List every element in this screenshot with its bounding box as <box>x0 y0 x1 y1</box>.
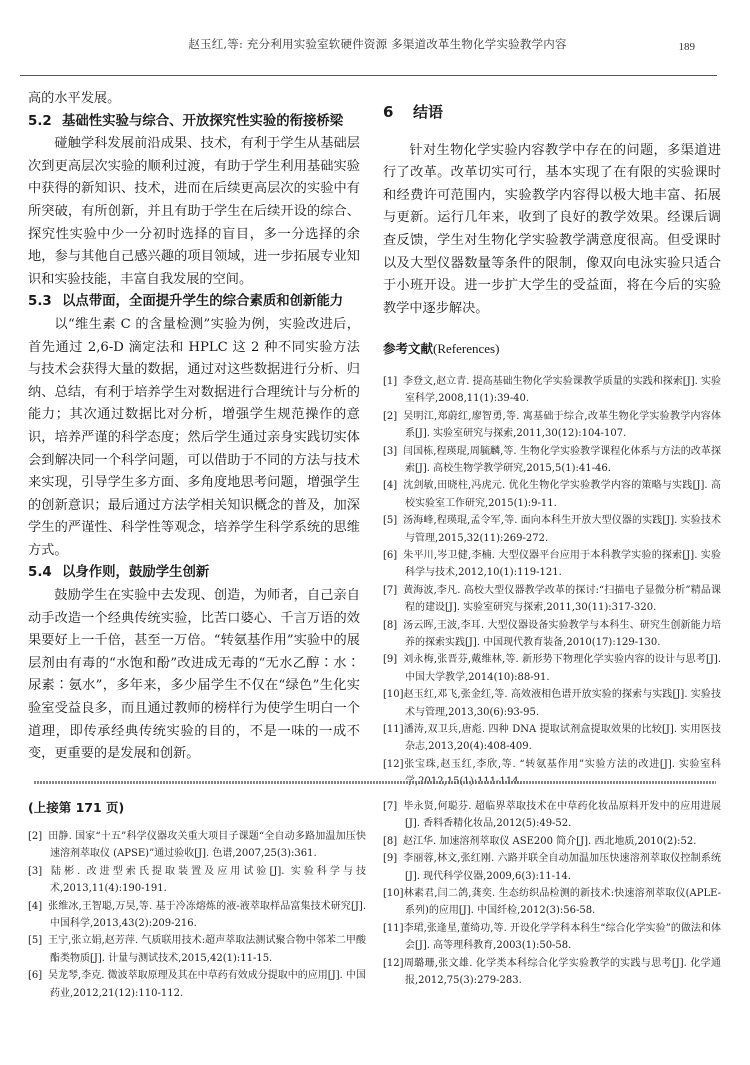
reference-item: [11]潘涛,双卫兵,唐彪. 四种 DNA 提取试剂盒提取效果的比较[J]. 实… <box>383 721 721 756</box>
section-number: 5.2 <box>28 111 62 134</box>
reference-index: [5] <box>383 512 403 529</box>
reference-index: [7] <box>383 582 403 599</box>
reference-text: 闫国栋,程瑛琨,周毓麟,等. 生物化学实验教学课程化体系与方法的改革探索[J].… <box>403 446 721 474</box>
reference-text: 李丽蓉,林文,张红刚. 六路并联全自动加温加压快速溶剂萃取仪控制系统[J]. 现… <box>403 853 721 881</box>
section-number: 5.4 <box>28 562 62 585</box>
reference-item: [2]吴明江,郑蔚红,廖智勇,等. 寓基础于综合,改革生物化学实验教学内容体系[… <box>383 408 721 443</box>
section-title: 基础性实验与综合、开放探究性实验的衔接桥梁 <box>62 114 343 129</box>
continued-from-label: (上接第 171 页) <box>28 798 366 816</box>
reference-text: 朱平川,岑卫健,李楠. 大型仪器平台应用于本科教学实验的探索[J]. 实验科学与… <box>403 550 721 578</box>
reference-item: [7]毕永贤,何聪芬. 超临界萃取技术在中草药化妆品原料开发中的应用进展[J].… <box>383 798 721 833</box>
reference-index: [11] <box>383 920 404 937</box>
reference-item: [11]李珺,张逢星,董绮功,等. 开设化学学科本科生“综合化学实验”的做法和体… <box>383 920 721 955</box>
header-rule <box>20 75 717 76</box>
reference-text: 王宁,张立娟,赵芳萍. 气质联用技术:超声萃取法测试聚合物中邻苯二甲酸酯类物质[… <box>48 935 366 963</box>
reference-item: [9]刘永梅,张晋芬,戴维林,等. 新形势下物理化学实验内容的设计与思考[J].… <box>383 651 721 686</box>
reference-index: [4] <box>28 898 48 915</box>
section-heading: 5.2基础性实验与综合、开放探究性实验的衔接桥梁 <box>28 111 360 134</box>
reference-item: [2]田静. 国家“十五”科学仪器攻关重大项目子课题“全自动多路加温加压快速溶剂… <box>28 828 366 863</box>
references-heading: 参考文献(References) <box>383 338 721 361</box>
reference-index: [6] <box>28 967 48 984</box>
reference-text: 潘涛,双卫兵,唐彪. 四种 DNA 提取试剂盒提取效果的比较[J]. 实用医技杂… <box>404 724 721 752</box>
reference-index: [12] <box>383 955 404 972</box>
reference-item: [4]沈剑敏,田晓柱,冯虎元. 优化生物化学实验教学内容的策略与实践[J]. 高… <box>383 477 721 512</box>
reference-text: 黄海波,李凡. 高校大型仪器教学改革的探讨:“扫描电子显微分析”精品课程的建设[… <box>403 585 721 613</box>
reference-text: 李珺,张逢星,董绮功,等. 开设化学学科本科生“综合化学实验”的做法和体会[J]… <box>404 923 721 951</box>
reference-item: [3]闫国栋,程瑛琨,周毓麟,等. 生物化学实验教学课程化体系与方法的改革探索[… <box>383 443 721 478</box>
section-heading: 5.3以点带面，全面提升学生的综合素质和创新能力 <box>28 291 360 314</box>
reference-item: [10]林素君,闫二鸽,龚奕. 生态纺织品检测的新技术:快速溶剂萃取仪(APLE… <box>383 885 721 920</box>
conclusion-heading: 6结语 <box>383 101 721 124</box>
reference-text: 吴龙琴,李克. 微波萃取原理及其在中草药有效成分提取中的应用[J]. 中国药业,… <box>48 970 366 998</box>
reference-index: [2] <box>28 828 48 845</box>
reference-index: [9] <box>383 850 403 867</box>
section-5-2: 5.2基础性实验与综合、开放探究性实验的衔接桥梁 碰触学科发展前沿成果、技术，有… <box>28 111 360 292</box>
reference-item: [5]汤海峰,程瑛琨,孟令军,等. 面向本科生开放大型仪器的实践[J]. 实验技… <box>383 512 721 547</box>
reference-index: [7] <box>383 798 403 815</box>
reference-text: 李登文,赵立青. 提高基础生物化学实验课教学质量的实践和探索[J]. 实验室科学… <box>403 376 721 404</box>
reference-item: [7]黄海波,李凡. 高校大型仪器教学改革的探讨:“扫描电子显微分析”精品课程的… <box>383 582 721 617</box>
section-divider <box>34 781 716 784</box>
reference-index: [2] <box>383 408 403 425</box>
reference-index: [8] <box>383 617 403 634</box>
reference-item: [8]赵江华. 加速溶剂萃取仪 ASE200 简介[J]. 西北地质,2010(… <box>383 833 721 850</box>
section-body: 碰触学科发展前沿成果、技术，有利于学生从基础层次到更高层次实验的顺利过渡，有助于… <box>28 133 360 291</box>
reference-item: [12]张宝珠,赵玉红,李欣,等. “转氨基作用”实验方法的改进[J]. 实验室… <box>383 756 721 791</box>
reference-text: 周璐珊,张文雄. 化学类本科综合化学实验教学的实践与思考[J]. 化学通报,20… <box>404 958 721 986</box>
carryover-text: 高的水平发展。 <box>28 88 360 111</box>
right-column: 6结语 针对生物化学实验内容教学中存在的问题，多渠道进行了改革。改革切实可行，基… <box>383 101 721 791</box>
reference-item: [1]李登文,赵立青. 提高基础生物化学实验课教学质量的实践和探索[J]. 实验… <box>383 373 721 408</box>
reference-index: [8] <box>383 833 403 850</box>
section-5-4: 5.4以身作则，鼓励学生创新 鼓励学生在实验中去发现、创造，为师者，自己亲自动手… <box>28 562 360 765</box>
reference-index: [12] <box>383 756 404 773</box>
reference-text: 毕永贤,何聪芬. 超临界萃取技术在中草药化妆品原料开发中的应用进展[J]. 香料… <box>403 801 721 829</box>
references-title: 参考文献 <box>383 341 433 356</box>
reference-index: [6] <box>383 547 403 564</box>
reference-text: 赵玉红,邓飞,张金红,等. 高效液相色谱开放实验的探索与实践[J]. 实验技术与… <box>404 689 721 717</box>
reference-index: [10] <box>383 885 404 902</box>
reference-index: [4] <box>383 477 403 494</box>
reference-index: [11] <box>383 721 404 738</box>
page-number: 189 <box>679 41 696 53</box>
reference-item: [6]朱平川,岑卫健,李楠. 大型仪器平台应用于本科教学实验的探索[J]. 实验… <box>383 547 721 582</box>
section-title: 以身作则，鼓励学生创新 <box>62 565 209 580</box>
reference-item: [6]吴龙琴,李克. 微波萃取原理及其在中草药有效成分提取中的应用[J]. 中国… <box>28 967 366 1002</box>
section-5-3: 5.3以点带面，全面提升学生的综合素质和创新能力 以“维生素 C 的含量检测”实… <box>28 291 360 562</box>
reference-item: [8]汤云晖,王波,李耳. 大型仪器设备实验教学与本科生、研究生创新能力培养的探… <box>383 617 721 652</box>
running-header: 赵玉红,等: 充分利用实验室软硬件资源 多渠道改革生物化学实验教学内容 189 <box>20 0 735 77</box>
section-heading: 5.4以身作则，鼓励学生创新 <box>28 562 360 585</box>
reference-text: 吴明江,郑蔚红,廖智勇,等. 寓基础于综合,改革生物化学实验教学内容体系[J].… <box>403 411 721 439</box>
reference-list: [1]李登文,赵立青. 提高基础生物化学实验课教学质量的实践和探索[J]. 实验… <box>383 373 721 791</box>
reference-text: 陆彬. 改进型索氏提取装置及应用试验[J]. 实验科学与技术,2013,11(4… <box>48 866 366 894</box>
reference-text: 田静. 国家“十五”科学仪器攻关重大项目子课题“全自动多路加温加压快速溶剂萃取仪… <box>48 831 366 859</box>
continuation-right: [7]毕永贤,何聪芬. 超临界萃取技术在中草药化妆品原料开发中的应用进展[J].… <box>383 798 721 989</box>
section-body: 鼓励学生在实验中去发现、创造，为师者，自己亲自动手改造一个经典传统实验，比苦口婆… <box>28 585 360 766</box>
continuation-reference-list: [7]毕永贤,何聪芬. 超临界萃取技术在中草药化妆品原料开发中的应用进展[J].… <box>383 798 721 989</box>
reference-item: [4]张维冰,王智聪,万昊,等. 基于冷冻熔炼的液-液萃取样品富集技术研究[J]… <box>28 898 366 933</box>
reference-index: [1] <box>383 373 403 390</box>
section-title: 结语 <box>413 103 443 121</box>
reference-index: [9] <box>383 651 403 668</box>
running-title: 赵玉红,等: 充分利用实验室软硬件资源 多渠道改革生物化学实验教学内容 <box>20 36 735 52</box>
section-title: 以点带面，全面提升学生的综合素质和创新能力 <box>62 294 343 309</box>
reference-index: [3] <box>28 863 48 880</box>
reference-index: [10] <box>383 686 404 703</box>
section-body: 以“维生素 C 的含量检测”实验为例，实验改进后，首先通过 2,6-D 滴定法和… <box>28 314 360 563</box>
reference-index: [5] <box>28 932 48 949</box>
reference-text: 汤云晖,王波,李耳. 大型仪器设备实验教学与本科生、研究生创新能力培养的探索实践… <box>403 620 721 648</box>
reference-item: [3]陆彬. 改进型索氏提取装置及应用试验[J]. 实验科学与技术,2013,1… <box>28 863 366 898</box>
reference-text: 林素君,闫二鸽,龚奕. 生态纺织品检测的新技术:快速溶剂萃取仪(APLE-系列)… <box>404 888 721 916</box>
reference-index: [3] <box>383 443 403 460</box>
continuation-reference-list: [2]田静. 国家“十五”科学仪器攻关重大项目子课题“全自动多路加温加压快速溶剂… <box>28 828 366 1002</box>
reference-text: 沈剑敏,田晓柱,冯虎元. 优化生物化学实验教学内容的策略与实践[J]. 高校实验… <box>403 480 721 508</box>
reference-item: [5]王宁,张立娟,赵芳萍. 气质联用技术:超声萃取法测试聚合物中邻苯二甲酸酯类… <box>28 932 366 967</box>
reference-text: 汤海峰,程瑛琨,孟令军,等. 面向本科生开放大型仪器的实践[J]. 实验技术与管… <box>403 515 721 543</box>
reference-item: [9]李丽蓉,林文,张红刚. 六路并联全自动加温加压快速溶剂萃取仪控制系统[J]… <box>383 850 721 885</box>
reference-text: 赵江华. 加速溶剂萃取仪 ASE200 简介[J]. 西北地质,2010(2):… <box>403 836 696 847</box>
reference-text: 刘永梅,张晋芬,戴维林,等. 新形势下物理化学实验内容的设计与思考[J]. 中国… <box>403 654 721 682</box>
reference-text: 张维冰,王智聪,万昊,等. 基于冷冻熔炼的液-液萃取样品富集技术研究[J]. 中… <box>48 901 366 929</box>
left-column: 高的水平发展。 5.2基础性实验与综合、开放探究性实验的衔接桥梁 碰触学科发展前… <box>28 88 360 766</box>
conclusion-body: 针对生物化学实验内容教学中存在的问题，多渠道进行了改革。改革切实可行，基本实现了… <box>383 140 721 321</box>
references-title-en: (References) <box>433 341 499 356</box>
continuation-left: (上接第 171 页) [2]田静. 国家“十五”科学仪器攻关重大项目子课题“全… <box>28 798 366 1002</box>
section-number: 5.3 <box>28 291 62 314</box>
reference-item: [12]周璐珊,张文雄. 化学类本科综合化学实验教学的实践与思考[J]. 化学通… <box>383 955 721 990</box>
reference-item: [10]赵玉红,邓飞,张金红,等. 高效液相色谱开放实验的探索与实践[J]. 实… <box>383 686 721 721</box>
section-number: 6 <box>383 101 413 124</box>
